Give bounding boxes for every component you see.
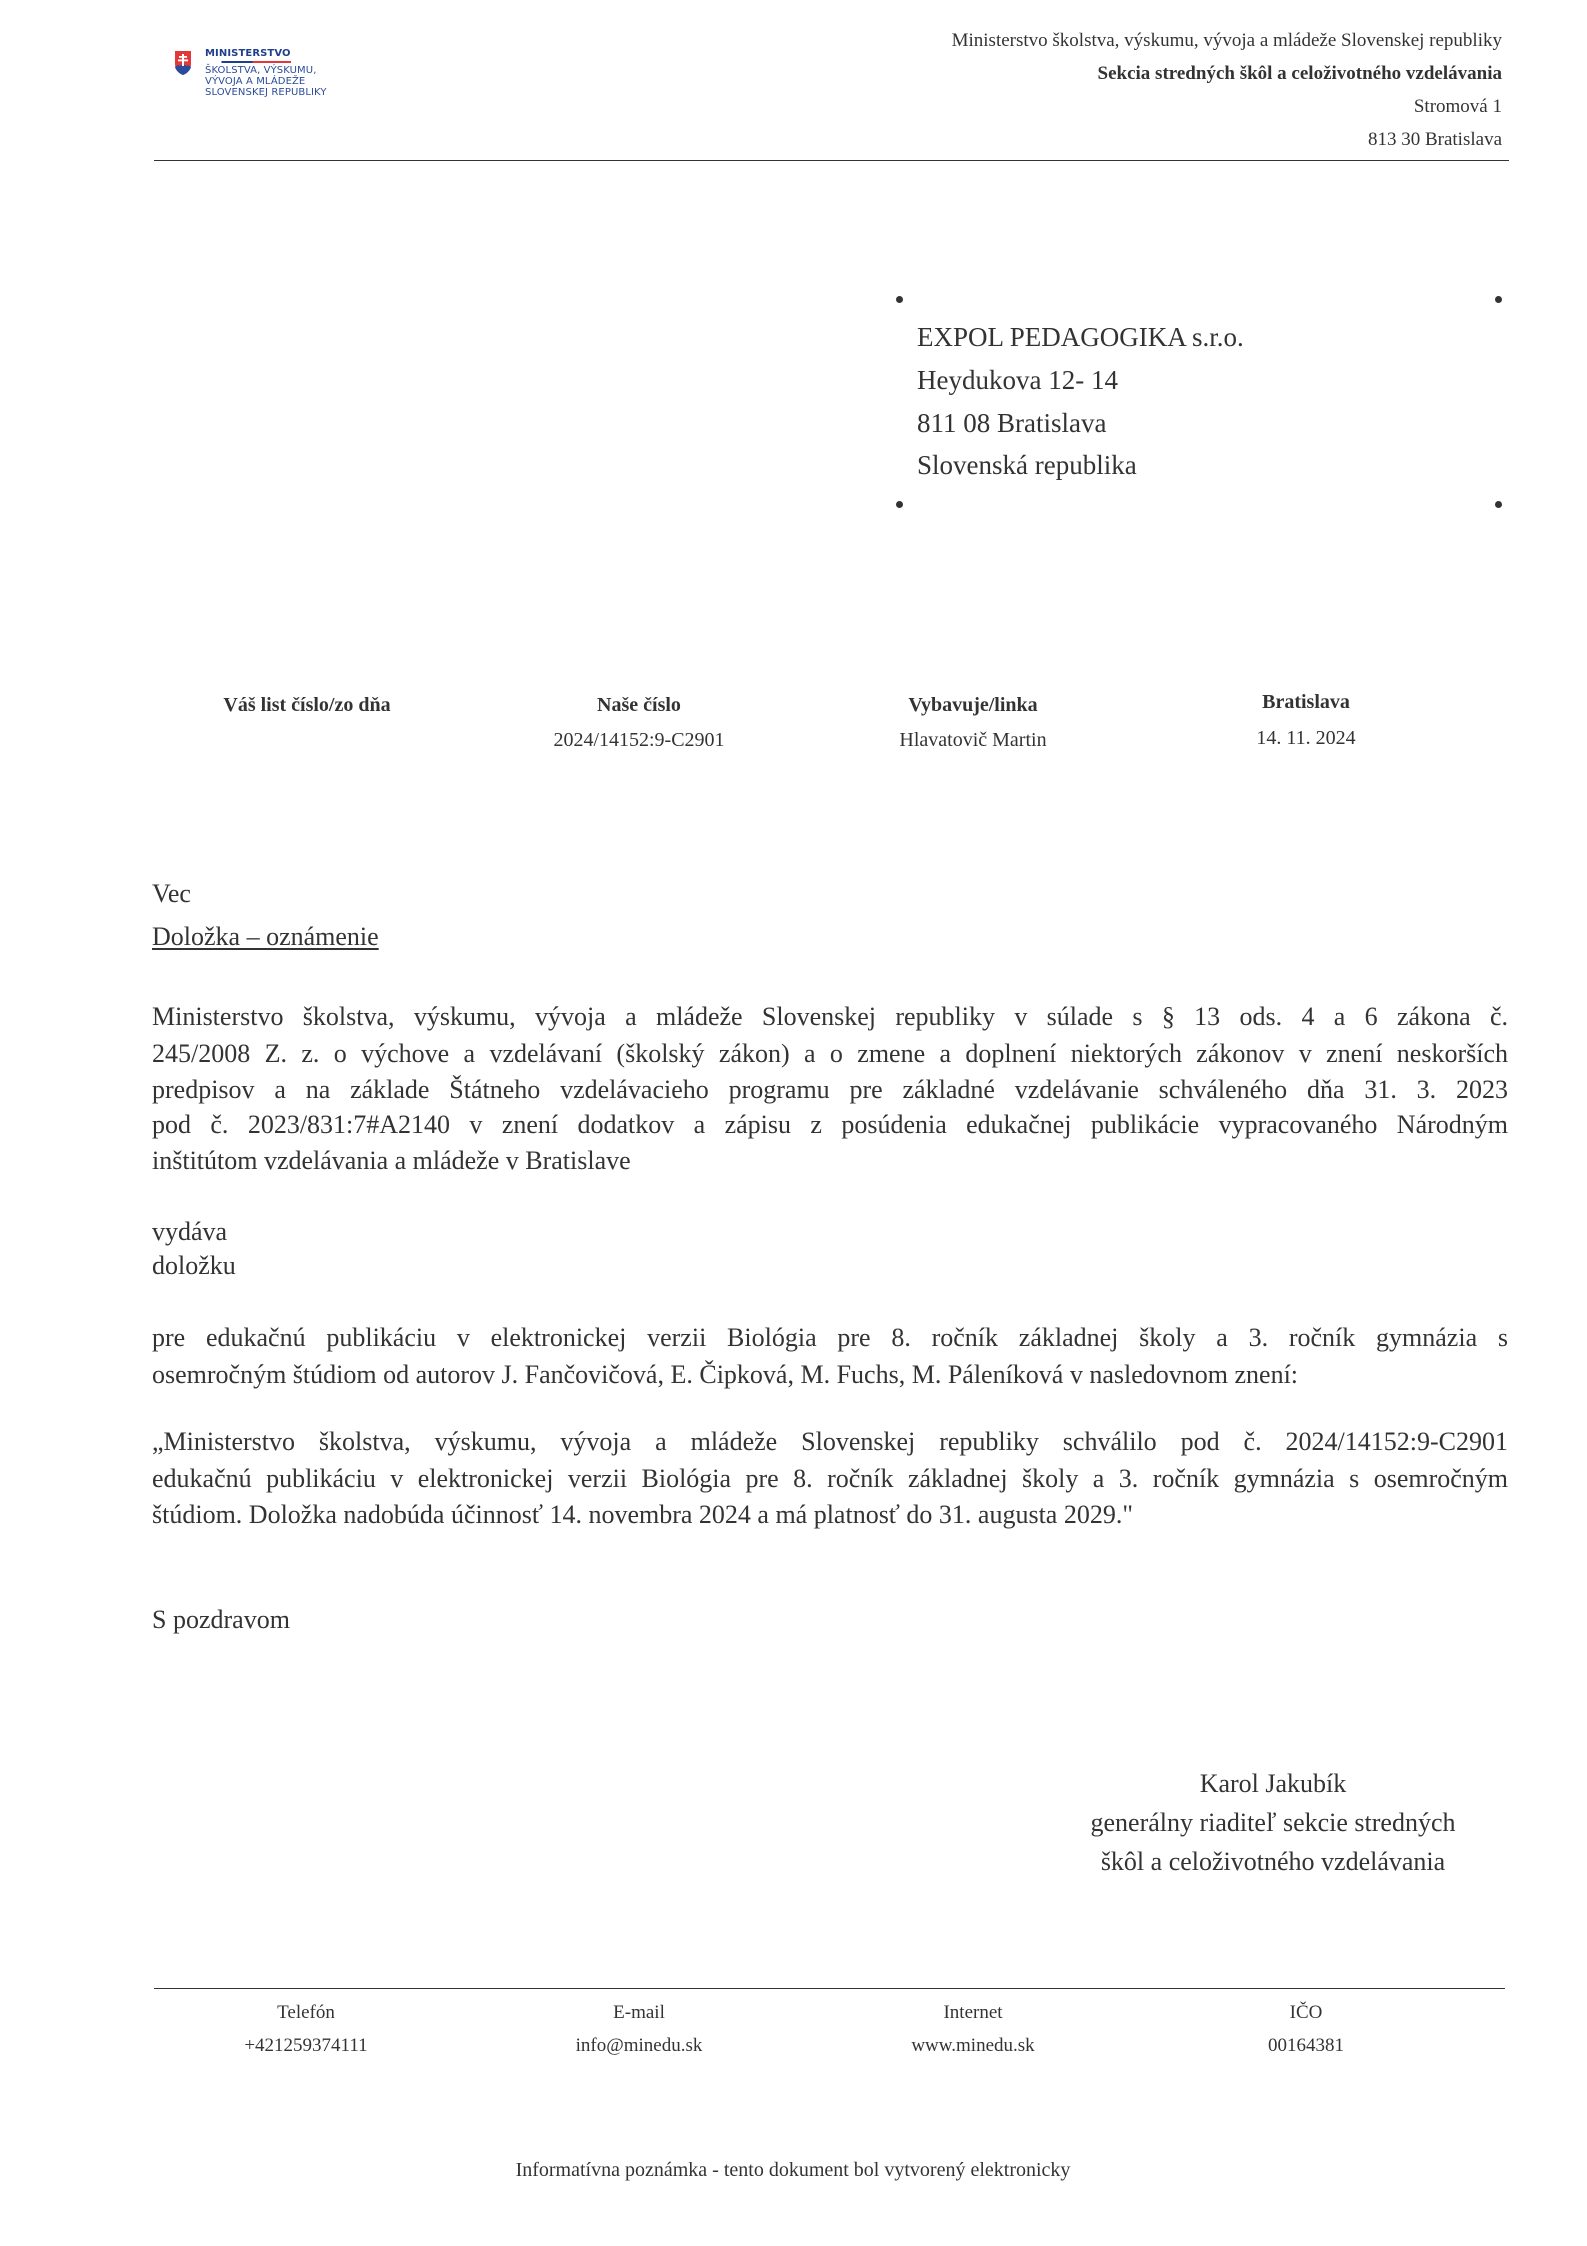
recipient-city: 811 08 Bratislava <box>917 408 1106 439</box>
email-value: info@minedu.sk <box>576 2035 703 2057</box>
email-label: E-mail <box>613 2002 665 2024</box>
header-divider <box>154 160 1509 161</box>
paragraph-line: inštitútom vzdelávania a mládeže v Brati… <box>152 1146 631 1176</box>
issues-object: doložku <box>152 1251 236 1281</box>
web-value: www.minedu.sk <box>911 2035 1034 2057</box>
issues-verb: vydáva <box>152 1217 227 1247</box>
paragraph-line: predpisov a na základe Štátneho vzdeláva… <box>152 1075 1508 1109</box>
closing: S pozdravom <box>152 1605 290 1635</box>
phone-value: +421259374111 <box>244 2035 367 2057</box>
ico-label: IČO <box>1290 2002 1323 2024</box>
electronic-document-note: Informatívna poznámka - tento dokument b… <box>516 2159 1071 2182</box>
recipient-country: Slovenská republika <box>917 450 1137 481</box>
sender-street: Stromová 1 <box>1414 96 1502 118</box>
signatory-title: škôl a celoživotného vzdelávania <box>1101 1847 1445 1877</box>
address-corner-mark <box>896 296 903 303</box>
quote-line: edukačnú publikáciu v elektronickej verz… <box>152 1464 1508 1498</box>
signatory-title: generálny riaditeľ sekcie stredných <box>1090 1808 1455 1838</box>
logo-text: MINISTERSTVO ŠKOLSTVA, VÝSKUMU, VÝVOJA A… <box>205 48 327 98</box>
quote-line: „Ministerstvo školstva, výskumu, vývoja … <box>152 1427 1508 1461</box>
ministry-logo: MINISTERSTVO ŠKOLSTVA, VÝSKUMU, VÝVOJA A… <box>174 48 334 100</box>
paragraph-line: Ministerstvo školstva, výskumu, vývoja a… <box>152 1002 1508 1036</box>
letter-date: 14. 11. 2024 <box>1256 727 1355 750</box>
paragraph-line: pod č. 2023/831:7#A2140 v znení dodatkov… <box>152 1110 1508 1144</box>
logo-line: SLOVENSKEJ REPUBLIKY <box>205 87 327 98</box>
logo-line: VÝVOJA A MLÁDEŽE <box>205 76 305 87</box>
address-corner-mark <box>1495 296 1502 303</box>
our-number-label: Naše číslo <box>597 694 681 717</box>
sender-city: 813 30 Bratislava <box>1368 129 1502 151</box>
place-label: Bratislava <box>1262 691 1350 714</box>
signatory-name: Karol Jakubík <box>1200 1769 1347 1799</box>
sender-section: Sekcia stredných škôl a celoživotného vz… <box>1098 63 1502 85</box>
handled-by-value: Hlavatovič Martin <box>899 729 1046 752</box>
subject-label: Vec <box>152 879 191 909</box>
footer-divider <box>154 1988 1505 1989</box>
sender-organization: Ministerstvo školstva, výskumu, vývoja a… <box>952 30 1502 52</box>
paragraph-line: pre edukačnú publikáciu v elektronickej … <box>152 1323 1508 1357</box>
paragraph-line: 245/2008 Z. z. o výchove a vzdelávaní (š… <box>152 1039 1508 1073</box>
address-corner-mark <box>1495 501 1502 508</box>
handled-by-label: Vybavuje/linka <box>908 694 1037 717</box>
logo-line: ŠKOLSTVA, VÝSKUMU, <box>205 65 317 76</box>
phone-label: Telefón <box>277 2002 335 2024</box>
ico-value: 00164381 <box>1268 2035 1344 2057</box>
our-number-value: 2024/14152:9-C2901 <box>553 729 724 752</box>
paragraph-line: osemročným štúdiom od autorov J. Fančovi… <box>152 1360 1298 1390</box>
slovak-coat-of-arms-icon <box>174 50 192 76</box>
recipient-name: EXPOL PEDAGOGIKA s.r.o. <box>917 322 1244 353</box>
address-corner-mark <box>896 501 903 508</box>
logo-line: MINISTERSTVO <box>205 48 291 63</box>
web-label: Internet <box>943 2002 1002 2024</box>
your-letter-label: Váš list číslo/zo dňa <box>223 694 390 717</box>
recipient-street: Heydukova 12- 14 <box>917 365 1118 396</box>
subject-title: Doložka – oznámenie <box>152 922 379 952</box>
quote-line: štúdiom. Doložka nadobúda účinnosť 14. n… <box>152 1500 1133 1530</box>
